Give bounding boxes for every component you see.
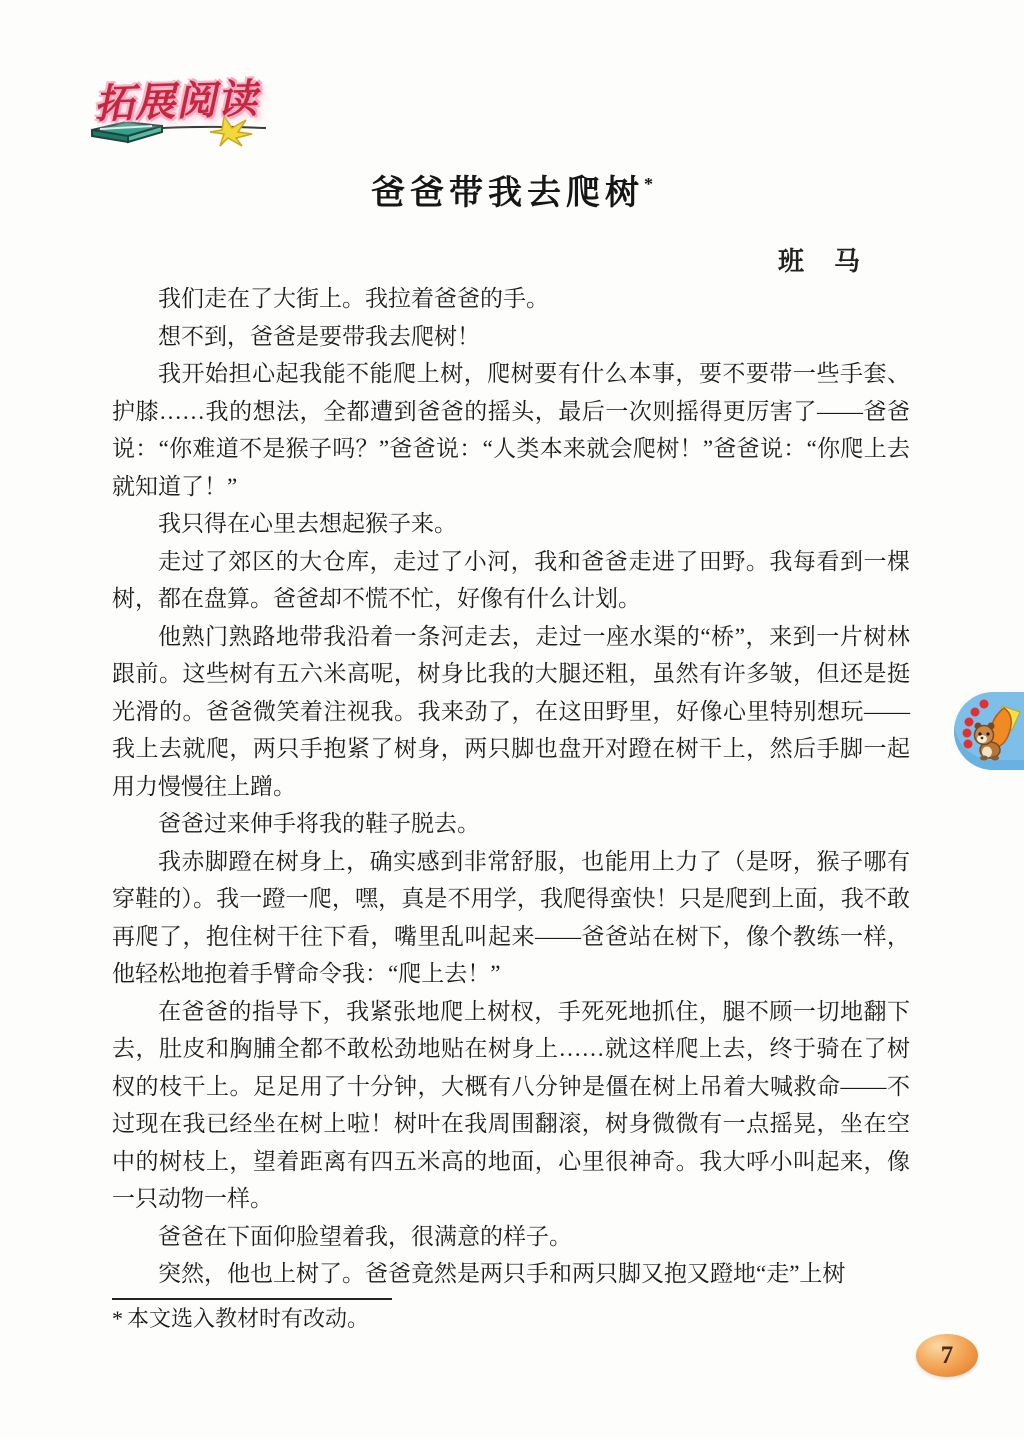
article-title: 爸爸带我去爬树* (0, 165, 1024, 214)
page-number: 7 (941, 1342, 954, 1370)
title-footnote-marker: * (644, 174, 653, 194)
footnote-text: *本文选入教材时有改动。 (112, 1304, 910, 1334)
paragraph: 突然，他也上树了。爸爸竟然是两只手和两只脚又抱又蹬地“走”上树 (112, 1255, 910, 1293)
squirrel-foot (980, 756, 988, 761)
paragraph: 我们走在了大街上。我拉着爸爸的手。 (112, 280, 910, 318)
footnote-divider (112, 1298, 392, 1300)
footnote-marker: * (112, 1306, 123, 1331)
paragraph: 爸爸在下面仰脸望着我，很满意的样子。 (112, 1218, 910, 1256)
footnote: *本文选入教材时有改动。 (112, 1298, 910, 1334)
extended-reading-logo: 拓展阅读 (86, 68, 276, 148)
paragraph: 走过了郊区的大仓库，走过了小河，我和爸爸走进了田野。我每看到一棵树，都在盘算。爸… (112, 543, 910, 618)
paragraph: 他熟门熟路地带我沿着一条河走去，走过一座水渠的“桥”，来到一片树林跟前。这些树有… (112, 618, 910, 806)
article-body: 我们走在了大街上。我拉着爸爸的手。想不到，爸爸是要带我去爬树！我开始担心起我能不… (112, 280, 910, 1334)
paragraph: 我开始担心起我能不能爬上树，爬树要有什么本事，要不要带一些手套、护膝……我的想法… (112, 355, 910, 505)
paragraph: 在爸爸的指导下，我紧张地爬上树杈，手死死地抓住，腿不顾一切地翻下去，肚皮和胸脯全… (112, 993, 910, 1218)
article-title-text: 爸爸带我去爬树 (371, 175, 644, 212)
paragraph: 我只得在心里去想起猴子来。 (112, 505, 910, 543)
textbook-page: 拓展阅读 爸爸带我去爬树* 班 马 我们走在了大街上。我拉着爸爸的手。想不到，爸… (0, 0, 1024, 1439)
paragraph: 我赤脚蹬在树身上，确实感到非常舒服，也能用上力了（是呀，猴子哪有穿鞋的）。我一蹬… (112, 843, 910, 993)
squirrel-foot (991, 756, 999, 761)
paragraph: 想不到，爸爸是要带我去爬树！ (112, 318, 910, 356)
page-number-badge: 7 (916, 1334, 978, 1377)
squirrel-icon (954, 692, 1024, 770)
squirrel-tab (954, 692, 1024, 770)
body-paragraphs: 我们走在了大街上。我拉着爸爸的手。想不到，爸爸是要带我去爬树！我开始担心起我能不… (112, 280, 910, 1293)
footnote-content: 本文选入教材时有改动。 (127, 1306, 369, 1331)
logo-text: 拓展阅读 (93, 67, 259, 130)
squirrel-eye (978, 732, 981, 735)
squirrel-eye (986, 732, 989, 735)
paragraph: 爸爸过来伸手将我的鞋子脱去。 (112, 805, 910, 843)
article-author: 班 马 (778, 241, 862, 278)
squirrel-nose (981, 737, 984, 740)
